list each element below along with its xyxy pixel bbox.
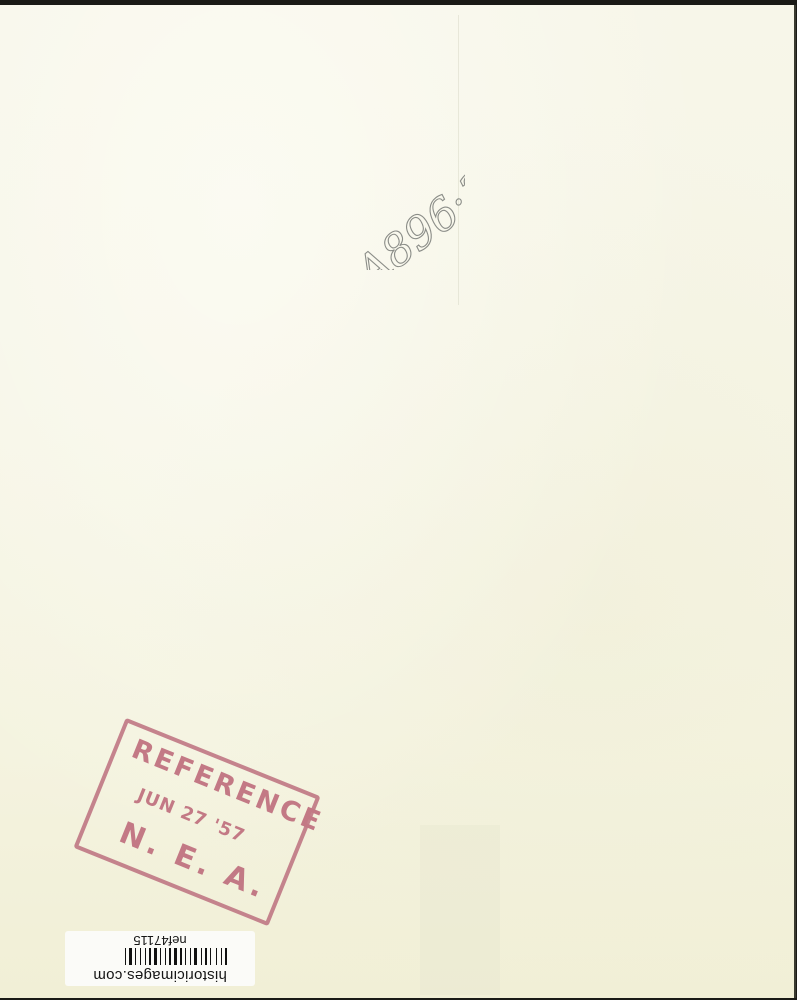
handwritten-catalog-number: A896·35 (305, 110, 465, 270)
barcode-label: nef47115 historicimages.com (65, 931, 255, 986)
handwritten-text: A896·35 (344, 144, 465, 270)
barcode-id: nef47115 (65, 933, 255, 948)
barcode-site: historicimages.com (65, 967, 255, 984)
show-through-mark (420, 825, 500, 995)
barcode-icon (95, 948, 227, 965)
